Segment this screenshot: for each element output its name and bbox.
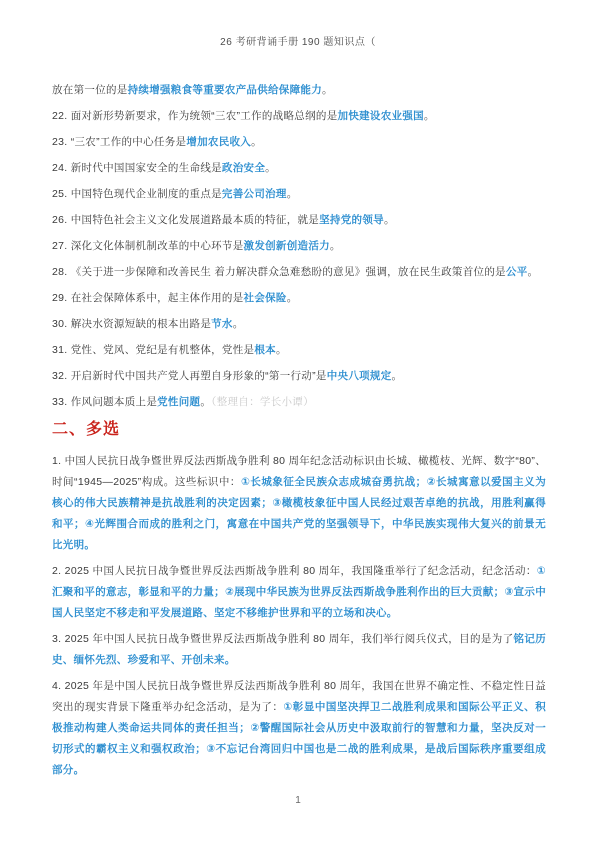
item-text: 26. 中国特色社会主义文化发展道路最本质的特征，就是: [52, 214, 319, 226]
list-item: 4. 2025 年是中国人民抗日战争暨世界反法西斯战争胜利 80 周年，我国在世…: [52, 676, 546, 781]
item-text: 。: [322, 84, 333, 96]
item-text: 。: [424, 110, 435, 122]
answer-highlight: 政治安全: [222, 162, 265, 174]
list-item: 28. 《关于进一步保障和改善民生 着力解决群众急难愁盼的意见》强调，放在民生政…: [52, 262, 546, 283]
item-text: 22. 面对新形势新要求，作为统领“三农”工作的战略总纲的是: [52, 110, 338, 122]
item-text: 33. 作风问题本质上是: [52, 396, 157, 408]
item-text: 28. 《关于进一步保障和改善民生 着力解决群众急难愁盼的意见》强调，放在民生政…: [52, 266, 506, 278]
answer-highlight: 持续增强粮食等重要农产品供给保障能力: [128, 84, 322, 96]
item-text: 。: [276, 344, 287, 356]
answer-highlight: 增加农民收入: [186, 136, 251, 148]
document-header-title: 26 考研背诵手册 190 题知识点（: [0, 33, 596, 48]
document-body: 放在第一位的是持续增强粮食等重要农产品供给保障能力。22. 面对新形势新要求，作…: [52, 80, 546, 786]
list-item: 30. 解决水资源短缺的根本出路是节水。: [52, 314, 546, 335]
list-item: 25. 中国特色现代企业制度的重点是完善公司治理。: [52, 184, 546, 205]
list-item: 3. 2025 年中国人民抗日战争暨世界反法西斯战争胜利 80 周年，我们举行阅…: [52, 629, 546, 671]
page-number: 1: [0, 795, 596, 806]
item-text: 。: [233, 318, 244, 330]
item-text: 31. 党性、党风、党纪是有机整体，党性是: [52, 344, 254, 356]
list-item: 1. 中国人民抗日战争暨世界反法西斯战争胜利 80 周年纪念活动标识由长城、橄榄…: [52, 451, 546, 556]
item-text: 25. 中国特色现代企业制度的重点是: [52, 188, 222, 200]
list-item: 23. “三农”工作的中心任务是增加农民收入。: [52, 132, 546, 153]
list-item: 32. 开启新时代中国共产党人再塑自身形象的“第一行动”是中央八项规定。: [52, 366, 546, 387]
item-text: 。: [265, 162, 276, 174]
list-item: 27. 深化文化体制机制改革的中心环节是激发创新创造活力。: [52, 236, 546, 257]
item-text: 24. 新时代中国国家安全的生命线是: [52, 162, 222, 174]
answer-highlight: 加快建设农业强国: [338, 110, 424, 122]
answer-highlight: 根本: [254, 344, 276, 356]
item-text: 27. 深化文化体制机制改革的中心环节是: [52, 240, 244, 252]
item-text: 3. 2025 年中国人民抗日战争暨世界反法西斯战争胜利 80 周年，我们举行阅…: [52, 633, 513, 645]
single-choice-list: 放在第一位的是持续增强粮食等重要农产品供给保障能力。22. 面对新形势新要求，作…: [52, 80, 546, 413]
answer-highlight: 节水: [211, 318, 233, 330]
item-text: 2. 2025 中国人民抗日战争暨世界反法西斯战争胜利 80 周年，我国隆重举行…: [52, 565, 537, 577]
answer-highlight: 社会保险: [244, 292, 287, 304]
list-item: 26. 中国特色社会主义文化发展道路最本质的特征，就是坚持党的领导。: [52, 210, 546, 231]
list-item: 24. 新时代中国国家安全的生命线是政治安全。: [52, 158, 546, 179]
answer-highlight: 公平: [506, 266, 528, 278]
item-text: 。: [251, 136, 262, 148]
section-heading-multiple-choice: 二、多选: [52, 421, 546, 439]
item-text: 23. “三农”工作的中心任务是: [52, 136, 186, 148]
item-text: 。: [287, 292, 298, 304]
answer-highlight: 党性问题: [157, 396, 200, 408]
source-note: （整理自：学长小谭）: [211, 396, 314, 408]
list-item: 22. 面对新形势新要求，作为统领“三农”工作的战略总纲的是加快建设农业强国。: [52, 106, 546, 127]
list-item: 放在第一位的是持续增强粮食等重要农产品供给保障能力。: [52, 80, 546, 101]
multiple-choice-list: 1. 中国人民抗日战争暨世界反法西斯战争胜利 80 周年纪念活动标识由长城、橄榄…: [52, 451, 546, 781]
item-text: 放在第一位的是: [52, 84, 128, 96]
item-text: 。: [200, 396, 211, 408]
answer-highlight: 完善公司治理: [222, 188, 287, 200]
item-text: 。: [287, 188, 298, 200]
item-text: 32. 开启新时代中国共产党人再塑自身形象的“第一行动”是: [52, 370, 327, 382]
item-text: 。: [528, 266, 539, 278]
item-text: 30. 解决水资源短缺的根本出路是: [52, 318, 211, 330]
answer-highlight: 坚持党的领导: [319, 214, 384, 226]
list-item: 31. 党性、党风、党纪是有机整体，党性是根本。: [52, 340, 546, 361]
item-text: 。: [330, 240, 341, 252]
item-text: 。: [392, 370, 403, 382]
item-text: 。: [384, 214, 395, 226]
list-item: 33. 作风问题本质上是党性问题。（整理自：学长小谭）: [52, 392, 546, 413]
list-item: 2. 2025 中国人民抗日战争暨世界反法西斯战争胜利 80 周年，我国隆重举行…: [52, 561, 546, 624]
document-page: 26 考研背诵手册 190 题知识点（ 放在第一位的是持续增强粮食等重要农产品供…: [0, 0, 596, 842]
item-text: 29. 在社会保障体系中，起主体作用的是: [52, 292, 244, 304]
answer-highlight: 激发创新创造活力: [244, 240, 330, 252]
list-item: 29. 在社会保障体系中，起主体作用的是社会保险。: [52, 288, 546, 309]
answer-highlight: 中央八项规定: [327, 370, 392, 382]
